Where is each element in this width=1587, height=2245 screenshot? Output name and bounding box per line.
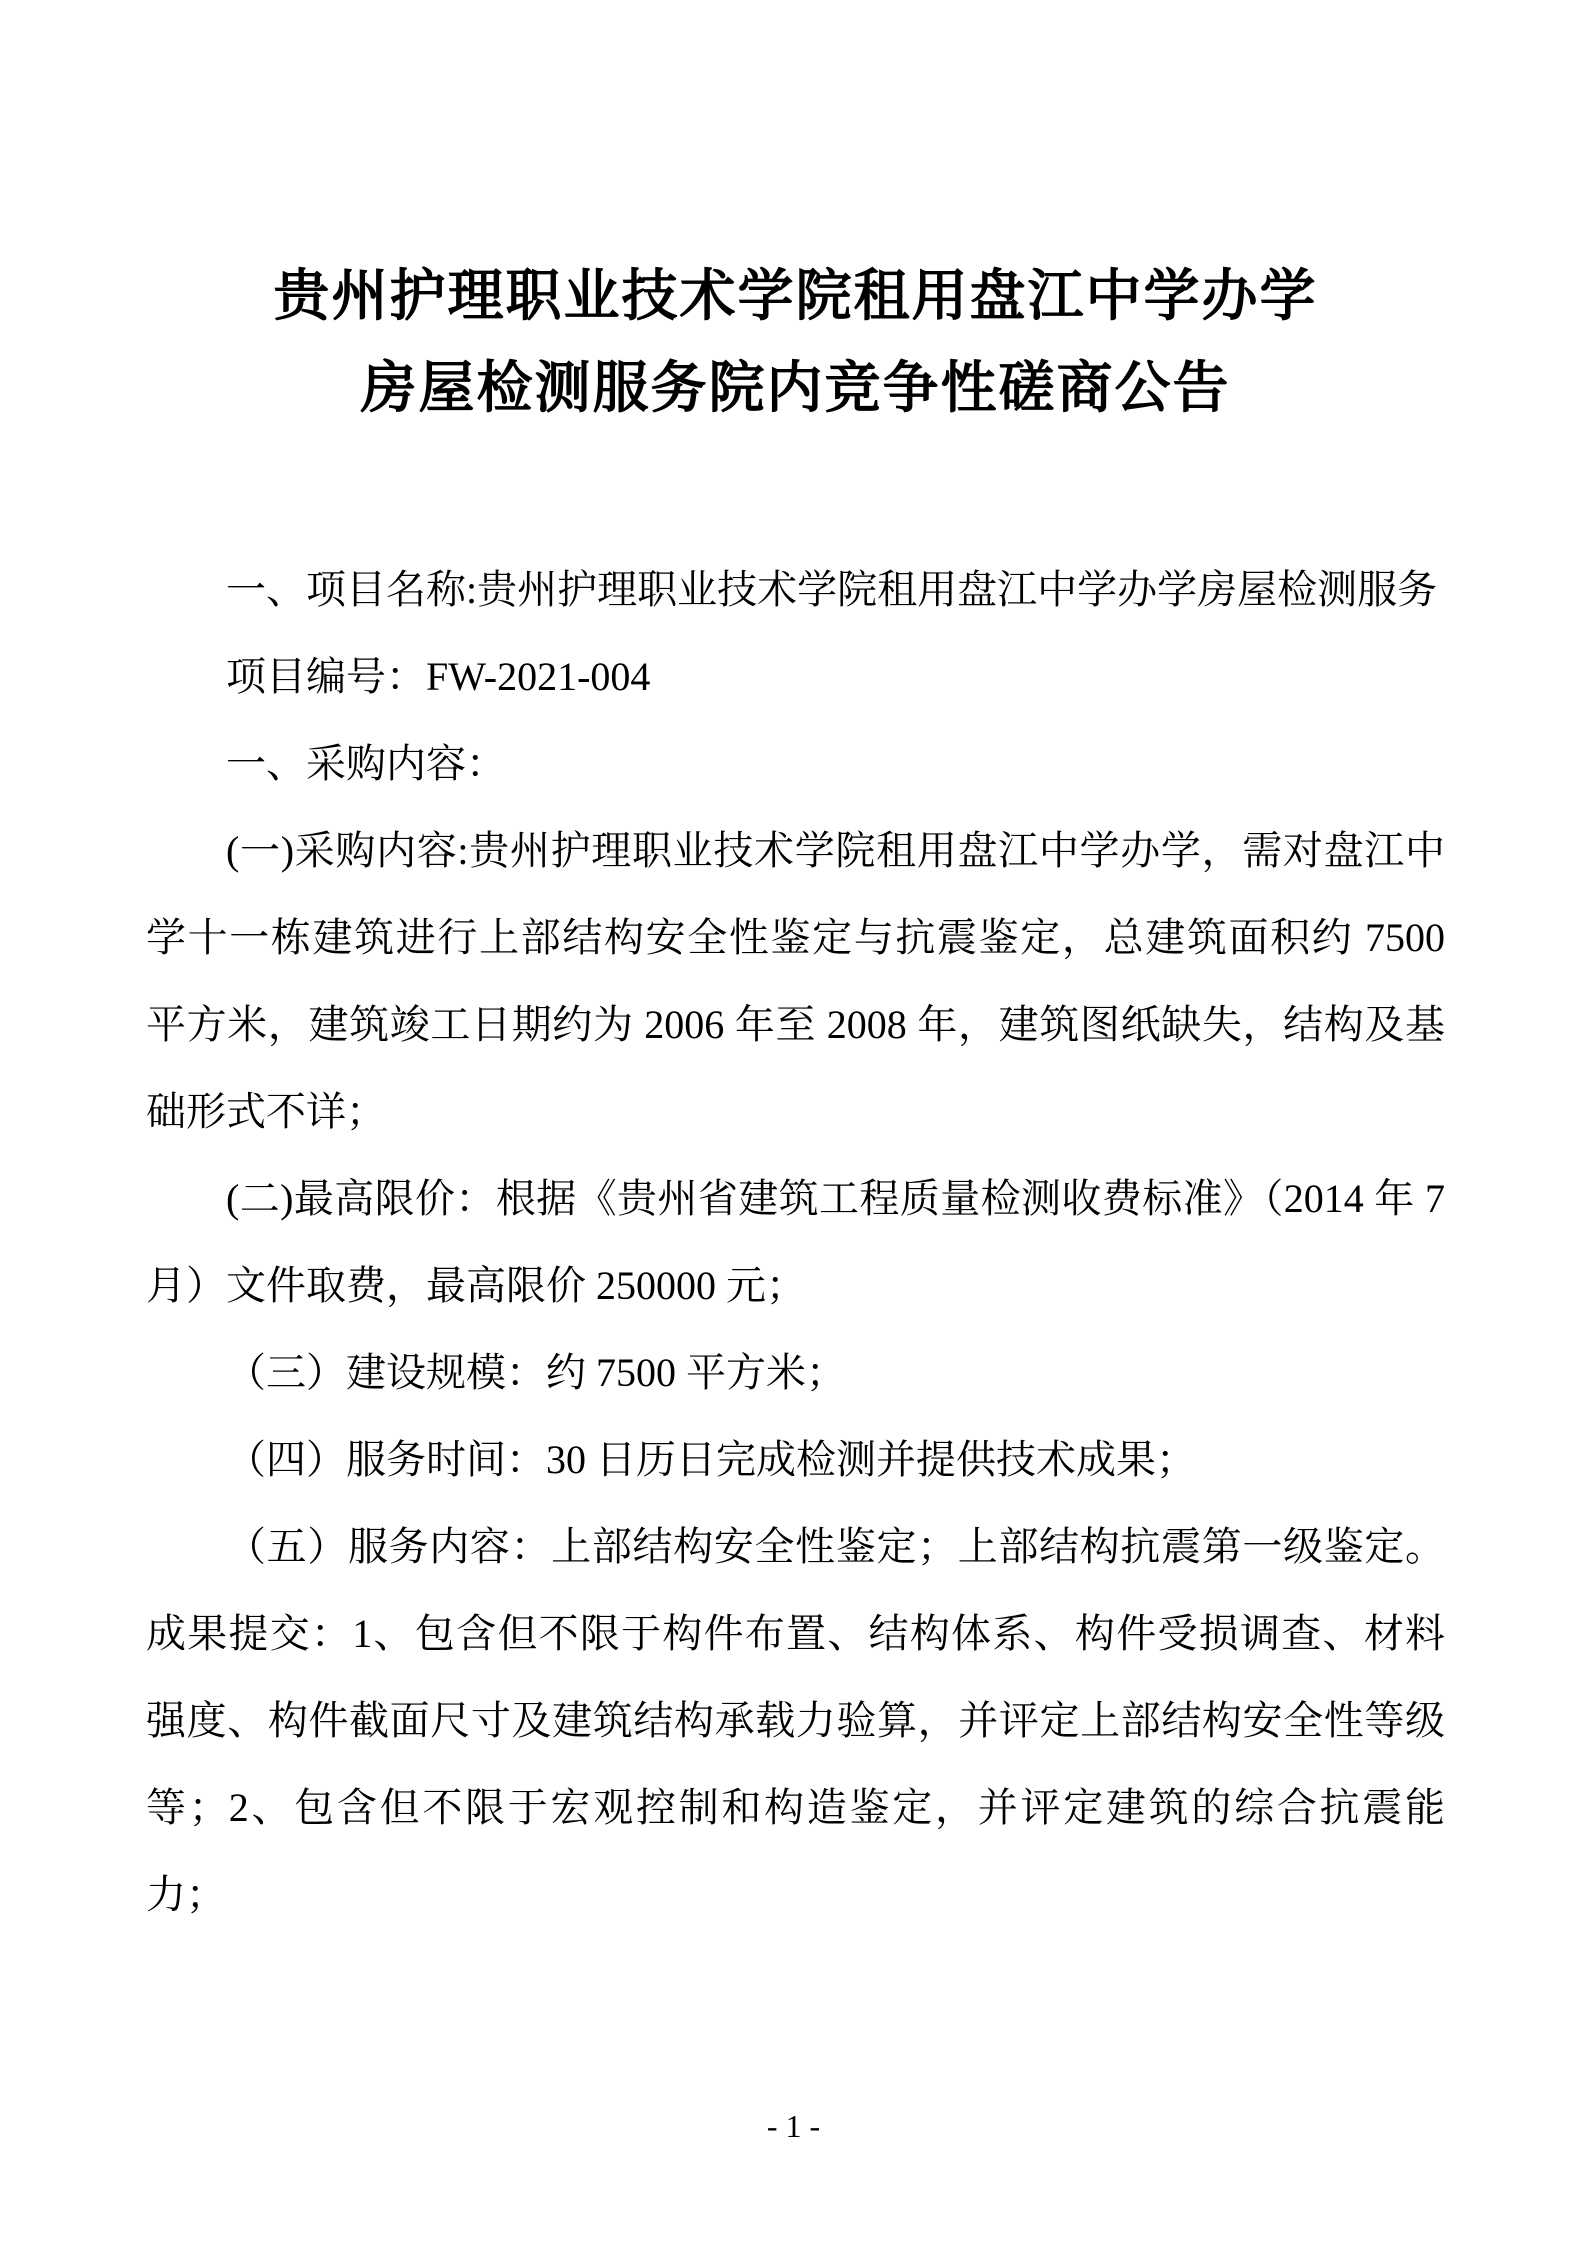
document-title: 贵州护理职业技术学院租用盘江中学办学 房屋检测服务院内竞争性磋商公告 xyxy=(146,250,1445,434)
page-number: - 1 - xyxy=(0,2108,1587,2145)
paragraph: (二)最高限价：根据《贵州省建筑工程质量检测收费标准》（2014 年 7 月）文… xyxy=(146,1155,1445,1329)
document-title-line-2: 房屋检测服务院内竞争性磋商公告 xyxy=(146,342,1445,434)
document-page: 贵州护理职业技术学院租用盘江中学办学 房屋检测服务院内竞争性磋商公告 一、项目名… xyxy=(0,0,1587,2245)
document-body: 一、项目名称:贵州护理职业技术学院租用盘江中学办学房屋检测服务项目编号：FW-2… xyxy=(146,546,1445,1938)
paragraph: (一)采购内容:贵州护理职业技术学院租用盘江中学办学，需对盘江中学十一栋建筑进行… xyxy=(146,807,1445,1155)
paragraph: 项目编号：FW-2021-004 xyxy=(146,633,1445,720)
document-title-line-1: 贵州护理职业技术学院租用盘江中学办学 xyxy=(146,250,1445,342)
paragraph: 一、采购内容： xyxy=(146,720,1445,807)
paragraph: （五）服务内容：上部结构安全性鉴定；上部结构抗震第一级鉴定。成果提交：1、包含但… xyxy=(146,1503,1445,1938)
paragraph: （四）服务时间：30 日历日完成检测并提供技术成果； xyxy=(146,1416,1445,1503)
paragraph: 一、项目名称:贵州护理职业技术学院租用盘江中学办学房屋检测服务 xyxy=(146,546,1445,633)
paragraph: （三）建设规模：约 7500 平方米； xyxy=(146,1329,1445,1416)
